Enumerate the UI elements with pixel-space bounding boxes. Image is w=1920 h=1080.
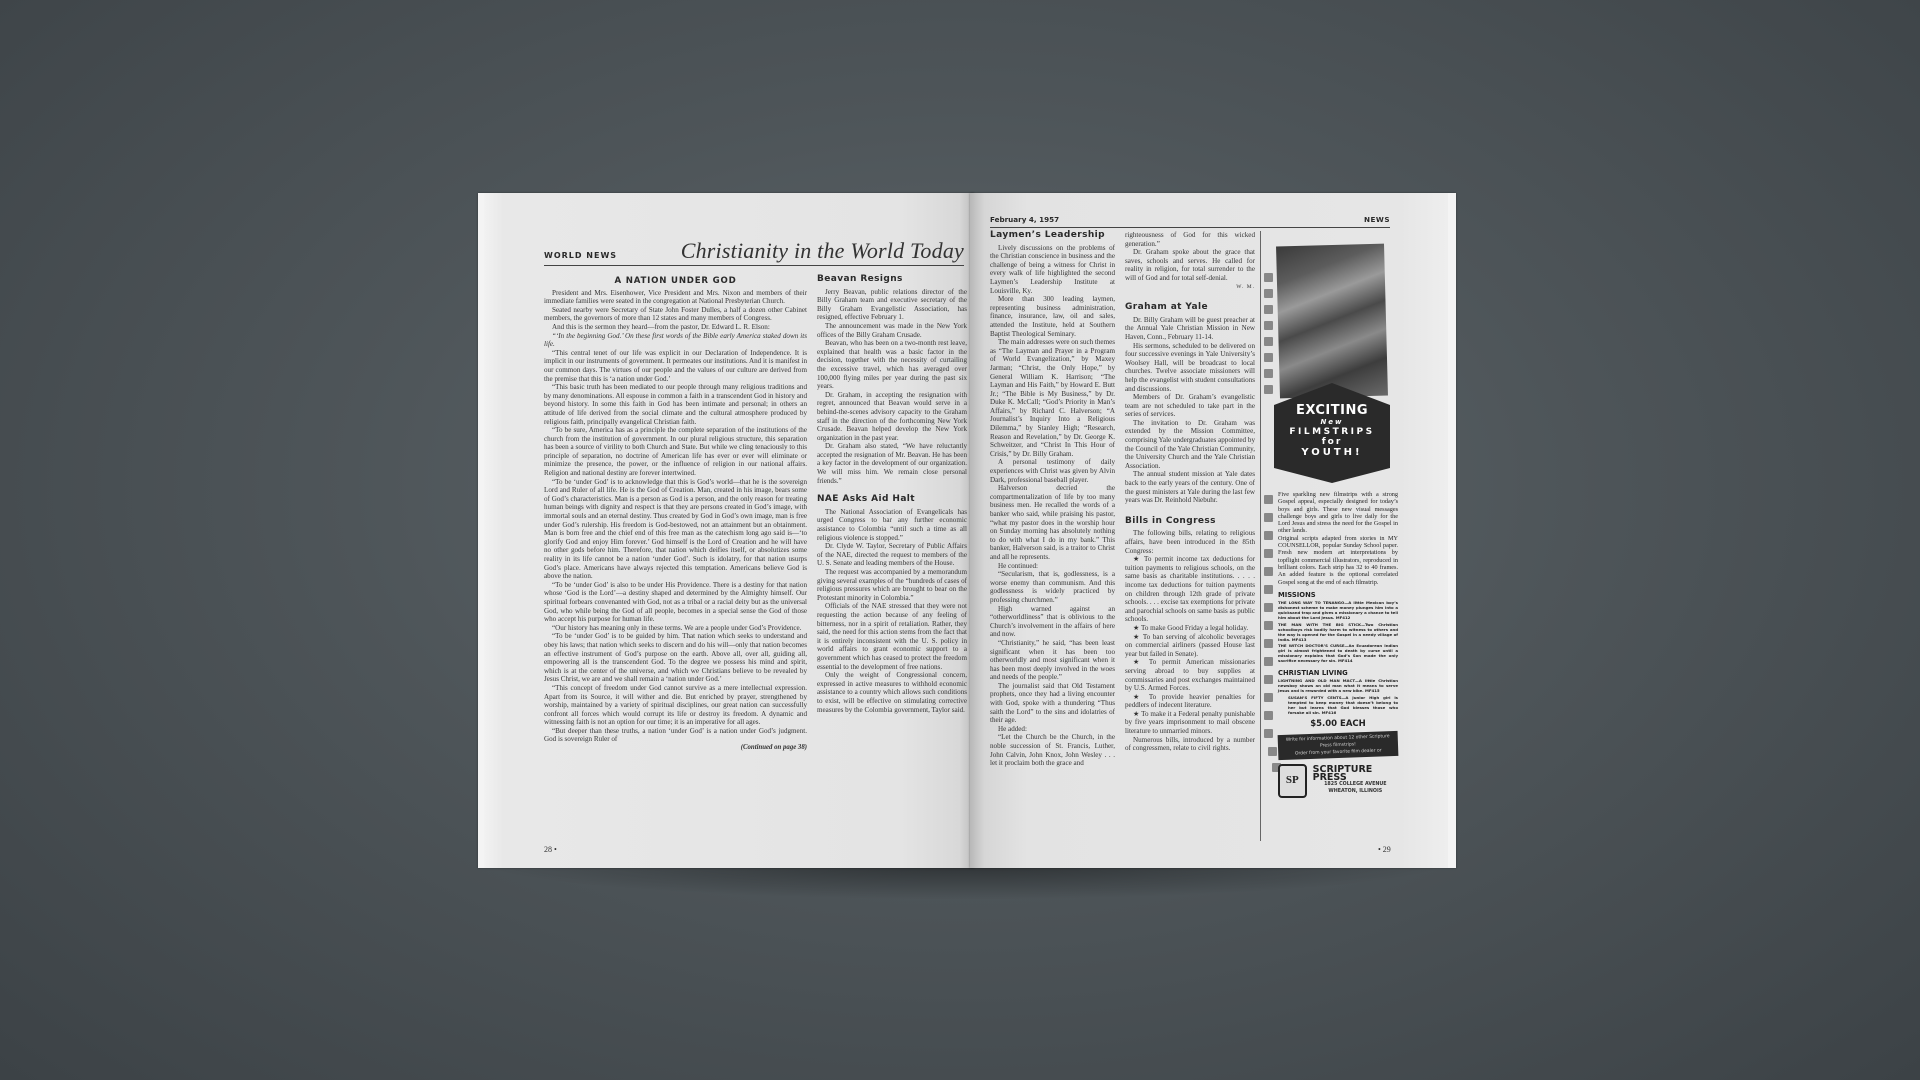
byline: W. M. (1125, 283, 1255, 292)
film-sprocket-icon (1264, 711, 1273, 720)
paragraph: Beavan, who has been on a two-month rest… (817, 339, 967, 391)
paragraph: ★ To ban serving of alcoholic beverages … (1125, 633, 1255, 659)
scripture-press-logo-icon: SP (1278, 764, 1307, 798)
paragraph: Jerry Beavan, public relations director … (817, 288, 967, 322)
paragraph: Numerous bills, introduced by a number o… (1125, 736, 1255, 753)
paragraph: “To be ‘under God’ is to acknowledge tha… (544, 478, 807, 581)
film-sprocket-icon (1264, 321, 1273, 330)
ad-body: Five sparkling new filmstrips with a str… (1278, 491, 1398, 798)
film-sprocket-icon (1264, 385, 1273, 394)
paragraph: The following bills, relating to religio… (1125, 529, 1255, 555)
paragraph: More than 300 leading laymen, representi… (990, 295, 1115, 338)
paragraph: Dr. Graham also stated, “We have relucta… (817, 442, 967, 485)
publisher-block: SP SCRIPTURE PRESS 1825 COLLEGE AVENUE W… (1278, 764, 1398, 798)
film-sprocket-icon (1264, 585, 1273, 594)
ad-headline-line: FILMSTRIPS (1274, 427, 1390, 437)
paragraph: “To be sure, America has as a principle … (544, 426, 807, 478)
filmstrip-item: THE MAN WITH THE BIG STICK—Two Christian… (1278, 623, 1398, 643)
publisher-city: WHEATON, ILLINOIS (1313, 788, 1398, 795)
film-sprocket-icon (1264, 639, 1273, 648)
paragraph: The invitation to Dr. Graham was extende… (1125, 419, 1255, 471)
article-headline: Bills in Congress (1125, 517, 1255, 526)
publisher-info: SCRIPTURE PRESS 1825 COLLEGE AVENUE WHEA… (1313, 766, 1398, 795)
film-sprocket-icon (1264, 273, 1273, 282)
ad-paragraph: Five sparkling new filmstrips with a str… (1278, 491, 1398, 535)
paragraph: Officials of the NAE stressed that they … (817, 602, 967, 671)
paragraph: President and Mrs. Eisenhower, Vice Pres… (544, 289, 807, 306)
paragraph: Members of Dr. Graham’s evangelistic tea… (1125, 393, 1255, 419)
film-sprocket-icon (1264, 603, 1273, 612)
paragraph: “This basic truth has been mediated to o… (544, 383, 807, 426)
article-laymens-leadership: Laymen’s Leadership Lively discussions o… (990, 231, 1115, 768)
right-page-middle-column: righteousness of God for this wicked gen… (1125, 231, 1255, 753)
paragraph: “‘In the beginning God.’ On these first … (544, 332, 807, 349)
paragraph: Dr. Graham, in accepting the resignation… (817, 391, 967, 443)
paragraph: Dr. Billy Graham will be guest preacher … (1125, 316, 1255, 342)
filmstrip-item: SUSAN’S FIFTY CENTS—A Junior High girl i… (1278, 696, 1398, 716)
paragraph: righteousness of God for this wicked gen… (1125, 231, 1255, 248)
section-label: NEWS (1364, 215, 1390, 224)
film-sprocket-icon (1264, 567, 1273, 576)
paragraph: “To be ‘under God’ is to be guided by hi… (544, 632, 807, 684)
paragraph: “Our history has meaning only in these t… (544, 624, 807, 633)
article-headline: NAE Asks Aid Halt (817, 495, 967, 504)
film-sprocket-icon (1264, 531, 1273, 540)
film-sprocket-icon (1264, 657, 1273, 666)
ad-headline-line: EXCITING (1274, 403, 1390, 418)
left-page: WORLD NEWS Christianity in the World Tod… (478, 193, 974, 868)
page-header: WORLD NEWS Christianity in the World Tod… (544, 239, 964, 266)
paragraph: The request was accompanied by a memoran… (817, 568, 967, 602)
film-sprocket-icon (1264, 369, 1273, 378)
article-nation-under-god: A NATION UNDER GOD President and Mrs. Ei… (544, 271, 807, 753)
article-headline: Beavan Resigns (817, 275, 967, 284)
page-header: February 4, 1957 NEWS (990, 213, 1390, 228)
article-headline: Laymen’s Leadership (990, 231, 1115, 240)
paragraph: A personal testimony of daily experience… (990, 458, 1115, 484)
publisher-name: SCRIPTURE PRESS (1313, 766, 1398, 781)
paragraph: ★ To permit income tax deductions for tu… (1125, 555, 1255, 624)
film-sprocket-icon (1264, 495, 1273, 504)
filmstrip-advertisement: EXCITING New FILMSTRIPS for YOUTH! Five … (1264, 233, 1414, 853)
paragraph: Dr. Graham spoke about the grace that sa… (1125, 248, 1255, 282)
ad-callout-box: Write for information about 12 other Scr… (1278, 731, 1399, 760)
column-divider (1260, 231, 1261, 841)
continued-note-row: (Continued on page 38) (544, 744, 807, 753)
film-sprocket-icon (1264, 549, 1273, 558)
film-sprocket-icon (1264, 337, 1273, 346)
paragraph: “This concept of freedom under God canno… (544, 684, 807, 727)
paragraph: Halverson decried the compartmentalizati… (990, 484, 1115, 561)
paragraph: ★ To permit American missionaries servin… (1125, 658, 1255, 692)
paragraph: “Christianity,” he said, “has been least… (990, 639, 1115, 682)
ad-section-title: CHRISTIAN LIVING (1278, 670, 1398, 677)
paragraph: ★ To make Good Friday a legal holiday. (1125, 624, 1255, 633)
section-label: WORLD NEWS (544, 251, 617, 260)
paragraph: Lively discussions on the problems of th… (990, 244, 1115, 296)
page-title: Christianity in the World Today (681, 238, 964, 264)
paragraph: The National Association of Evangelicals… (817, 508, 967, 542)
ad-paragraph: Original scripts adapted from stories in… (1278, 535, 1398, 586)
paragraph: “Secularism, that is, godlessness, is a … (990, 570, 1115, 604)
ad-headline-line: YOUTH! (1274, 447, 1390, 458)
paragraph: Only the weight of Congressional concern… (817, 671, 967, 714)
filmstrip-item: THE LONG WAY TO TENANGO—A little Mexican… (1278, 601, 1398, 621)
film-sprocket-icon (1264, 621, 1273, 630)
ad-price: $5.00 EACH (1278, 721, 1398, 728)
paragraph: High warned against an “otherworldliness… (990, 605, 1115, 639)
film-sprocket-icon (1264, 675, 1273, 684)
publisher-address: 1825 COLLEGE AVENUE (1313, 781, 1398, 788)
film-sprocket-icon (1264, 729, 1273, 738)
paragraph: And this is the sermon they heard—from t… (544, 323, 807, 332)
continued-link[interactable]: (Continued on page 38) (741, 744, 807, 753)
film-sprocket-icon (1268, 747, 1277, 756)
page-number: 28 • (544, 845, 557, 854)
ad-headline-line: New (1274, 418, 1390, 426)
paragraph: “Let the Church be the Church, in the no… (990, 733, 1115, 767)
paragraph: ★ To make it a Federal penalty punishabl… (1125, 710, 1255, 736)
film-sprocket-icon (1264, 513, 1273, 522)
issue-date: February 4, 1957 (990, 215, 1059, 224)
paragraph: The main addresses were on such themes a… (990, 338, 1115, 458)
paragraph: He added: (990, 725, 1115, 734)
paragraph: The journalist said that Old Testament p… (990, 682, 1115, 725)
magazine-spread: WORLD NEWS Christianity in the World Tod… (478, 193, 1448, 868)
filmstrip-item: LIGHTNING AND OLD MAN MACT—A little Chri… (1278, 679, 1398, 694)
film-sprocket-icon (1264, 289, 1273, 298)
paragraph: Seated nearby were Secretary of State Jo… (544, 306, 807, 323)
paragraph: “But deeper than these truths, a nation … (544, 727, 807, 744)
paragraph: The announcement was made in the New Yor… (817, 322, 967, 339)
page-number: • 29 (1378, 845, 1391, 854)
paragraph: ★ To provide heavier penalties for peddl… (1125, 693, 1255, 710)
ad-headline-line: for (1274, 437, 1390, 447)
paragraph: The annual student mission at Yale dates… (1125, 470, 1255, 504)
left-page-side-column: Beavan Resigns Jerry Beavan, public rela… (817, 271, 967, 714)
paragraph: Dr. Clyde W. Taylor, Secretary of Public… (817, 542, 967, 568)
paragraph: His sermons, scheduled to be delivered o… (1125, 342, 1255, 394)
film-sprocket-icon (1264, 305, 1273, 314)
film-sprocket-icon (1264, 693, 1273, 702)
paragraph: He continued: (990, 562, 1115, 571)
paragraph: “This central tenet of our life was expl… (544, 349, 807, 383)
film-sprocket-icon (1264, 353, 1273, 362)
filmstrip-item: THE WITCH DOCTOR’S CURSE—An Ecuadorean I… (1278, 644, 1398, 664)
paragraph: “To be ‘under God’ is also to be under H… (544, 581, 807, 624)
filmstrip-illustration-image (1276, 244, 1388, 399)
article-headline: A NATION UNDER GOD (544, 277, 807, 286)
right-page: February 4, 1957 NEWS Laymen’s Leadershi… (970, 193, 1456, 868)
article-headline: Graham at Yale (1125, 303, 1255, 312)
ad-section-title: MISSIONS (1278, 592, 1398, 599)
